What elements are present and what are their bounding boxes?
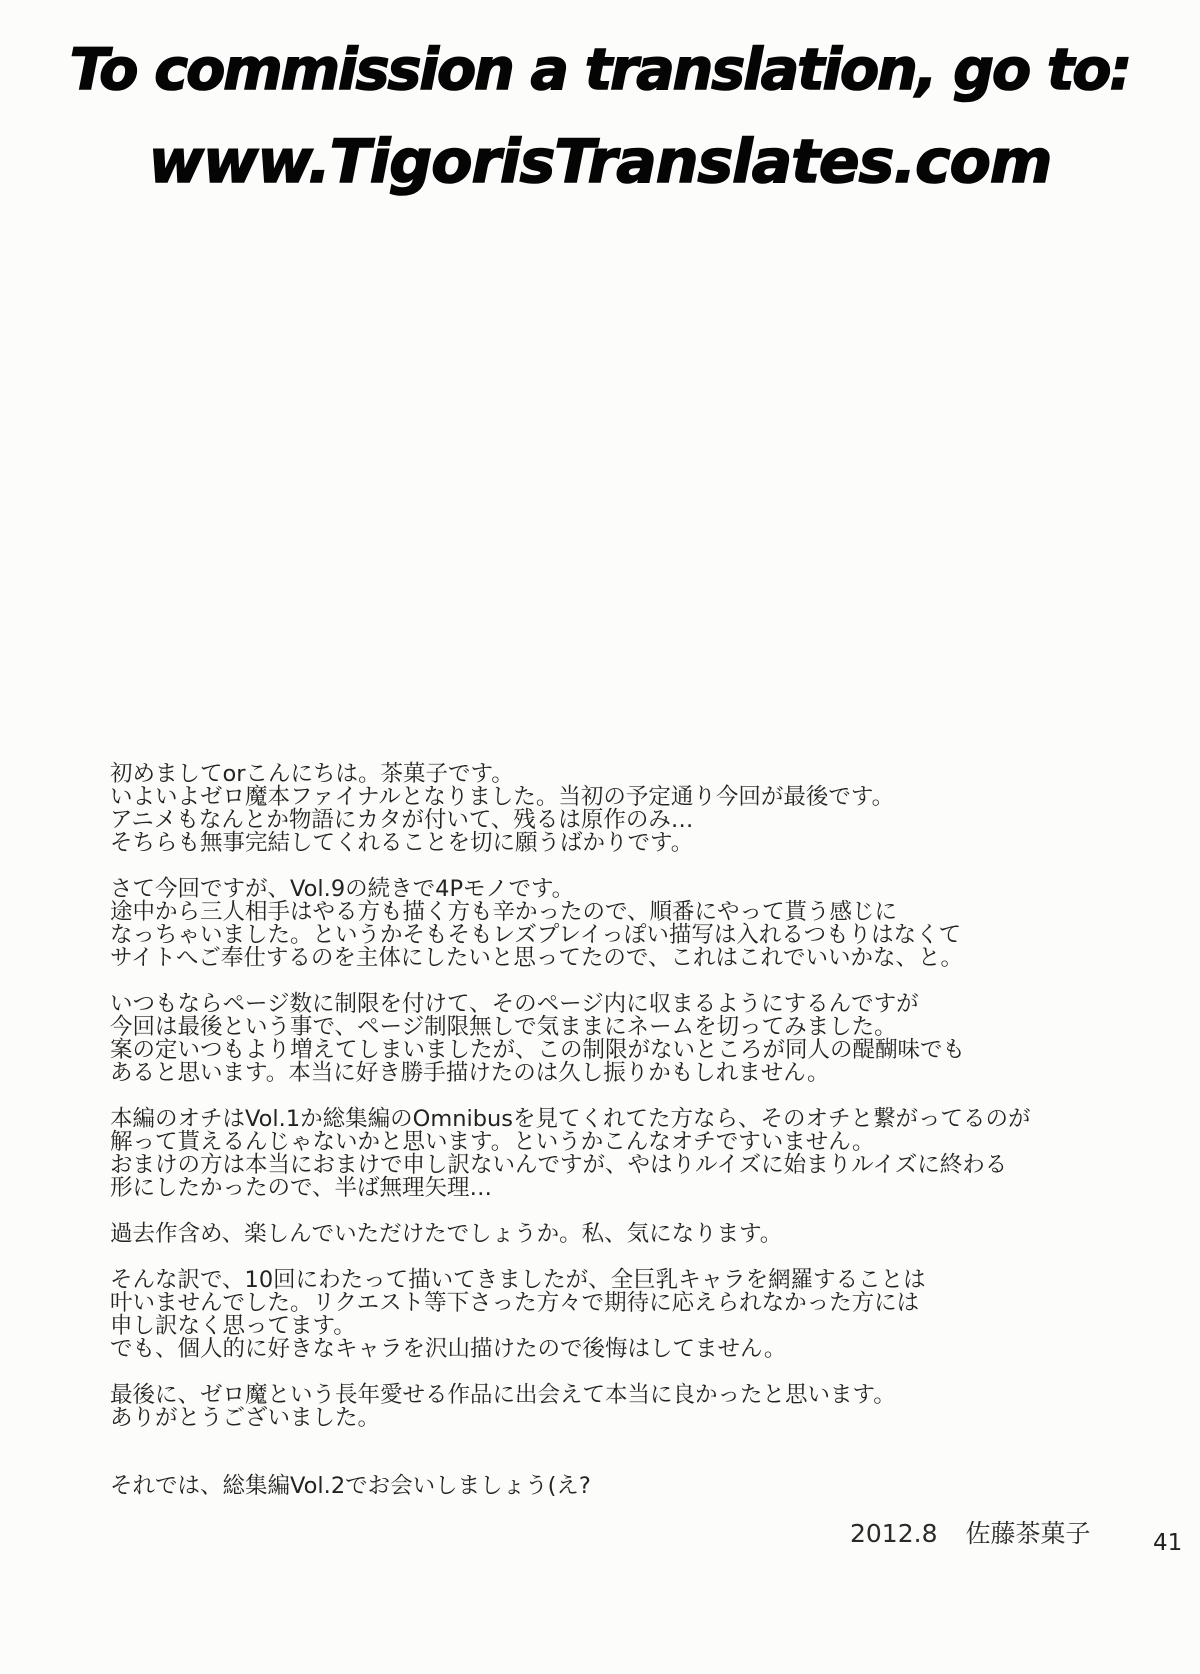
afterword-line: ありがとうございました。 [110, 1407, 1130, 1430]
afterword-paragraph-2: さて今回ですが、Vol.9の続きで4Pモノです。 途中から三人相手はやる方も描く… [110, 878, 1130, 970]
afterword-line: あると思います。本当に好き勝手描けたのは久し振りかもしれません。 [110, 1062, 1130, 1085]
afterword-paragraph-7: 最後に、ゼロ魔という長年愛せる作品に出会えて本当に良かったと思います。 ありがと… [110, 1384, 1130, 1430]
afterword-line: さて今回ですが、Vol.9の続きで4Pモノです。 [110, 878, 1130, 901]
afterword-line: そんな訳で、10回にわたって描いてきましたが、全巨乳キャラを網羅することは [110, 1269, 1130, 1292]
afterword-text: 初めましてorこんにちは。茶菓子です。 いよいよゼロ魔本ファイナルとなりました。… [110, 763, 1130, 1498]
commission-url: www.TigorisTranslates.com [0, 116, 1200, 208]
afterword-line: いよいよゼロ魔本ファイナルとなりました。当初の予定通り今回が最後です。 [110, 786, 1130, 809]
afterword-line: 途中から三人相手はやる方も描く方も辛かったので、順番にやって貰う感じに [110, 901, 1130, 924]
afterword-line: 解って貰えるんじゃないかと思います。というかこんなオチですいません。 [110, 1131, 1130, 1154]
afterword-line: 最後に、ゼロ魔という長年愛せる作品に出会えて本当に良かったと思います。 [110, 1384, 1130, 1407]
afterword-line: そちらも無事完結してくれることを切に願うばかりです。 [110, 832, 1130, 855]
signature-author: 佐藤茶菓子 [965, 1519, 1090, 1548]
afterword-line: 案の定いつもより増えてしまいましたが、この制限がないところが同人の醍醐味でも [110, 1039, 1130, 1062]
commission-banner: To commission a translation, go to: www.… [0, 24, 1200, 208]
afterword-paragraph-1: 初めましてorこんにちは。茶菓子です。 いよいよゼロ魔本ファイナルとなりました。… [110, 763, 1130, 855]
afterword-line: おまけの方は本当におまけで申し訳ないんですが、やはりルイズに始まりルイズに終わる [110, 1154, 1130, 1177]
afterword-line: 初めましてorこんにちは。茶菓子です。 [110, 763, 1130, 786]
afterword-paragraph-3: いつもならページ数に制限を付けて、そのページ内に収まるようにするんですが 今回は… [110, 993, 1130, 1085]
page-number: 41 [1153, 1530, 1182, 1556]
commission-banner-text: To commission a translation, go to: [0, 24, 1200, 116]
afterword-line: 叶いませんでした。リクエスト等下さった方々で期待に応えられなかった方には [110, 1292, 1130, 1315]
closing-line: それでは、総集編Vol.2でお会いしましょう(え? [110, 1475, 1130, 1498]
afterword-line: 申し訳なく思ってます。 [110, 1315, 1130, 1338]
afterword-line: 形にしたかったので、半ば無理矢理… [110, 1177, 1130, 1200]
afterword-paragraph-4: 本編のオチはVol.1か総集編のOmnibusを見てくれてた方なら、そのオチと繋… [110, 1108, 1130, 1200]
afterword-paragraph-6: そんな訳で、10回にわたって描いてきましたが、全巨乳キャラを網羅することは 叶い… [110, 1269, 1130, 1361]
afterword-line: でも、個人的に好きなキャラを沢山描けたので後悔はしてません。 [110, 1338, 1130, 1361]
afterword-line: いつもならページ数に制限を付けて、そのページ内に収まるようにするんですが [110, 993, 1130, 1016]
afterword-line: 今回は最後という事で、ページ制限無しで気ままにネームを切ってみました。 [110, 1016, 1130, 1039]
afterword-line: 過去作含め、楽しんでいただけたでしょうか。私、気になります。 [110, 1223, 1130, 1246]
scanned-afterword-page: To commission a translation, go to: www.… [0, 0, 1200, 1674]
afterword-paragraph-5: 過去作含め、楽しんでいただけたでしょうか。私、気になります。 [110, 1223, 1130, 1246]
signature-date: 2012.8 [850, 1519, 937, 1548]
afterword-line: アニメもなんとか物語にカタが付いて、残るは原作のみ… [110, 809, 1130, 832]
afterword-line: なっちゃいました。というかそもそもレズプレイっぽい描写は入れるつもりはなくて [110, 924, 1130, 947]
signature: 2012.8佐藤茶菓子 [850, 1514, 1091, 1550]
afterword-line: 本編のオチはVol.1か総集編のOmnibusを見てくれてた方なら、そのオチと繋… [110, 1108, 1130, 1131]
afterword-line: サイトへご奉仕するのを主体にしたいと思ってたので、これはこれでいいかな、と。 [110, 947, 1130, 970]
